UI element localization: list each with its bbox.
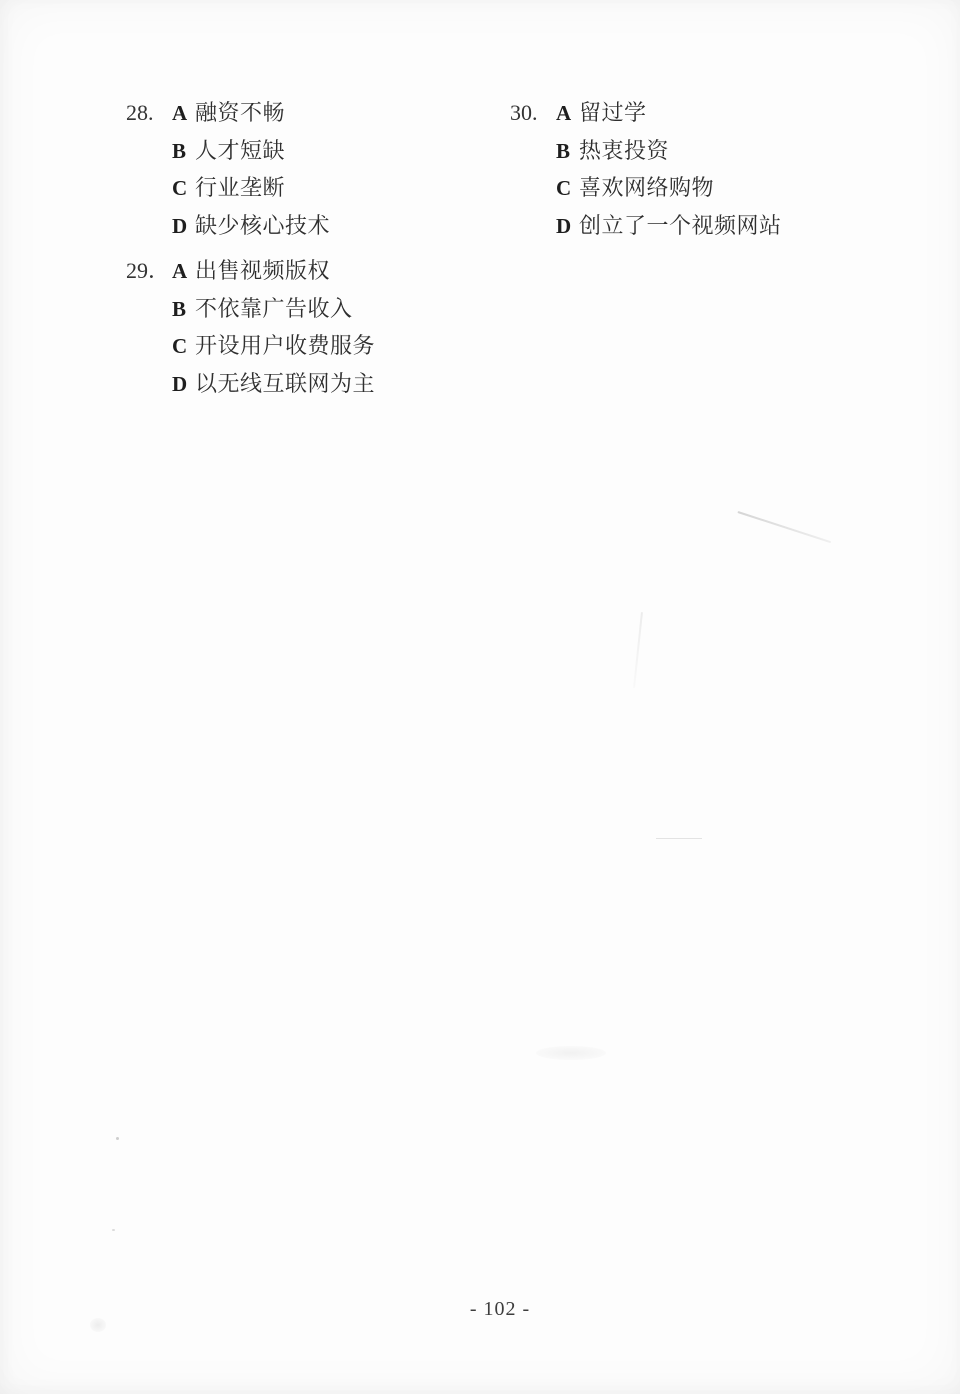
option-letter: B: [172, 133, 195, 171]
option-text: 缺少核心技术: [195, 207, 330, 245]
question-30: 30. A 留过学 B 热衷投资 C 喜欢网络购物 D 创立了一个视频网站: [510, 94, 782, 244]
option-text: 留过学: [579, 94, 647, 132]
option-row-29d: D 以无线互联网为主: [126, 365, 375, 403]
option-letter: C: [556, 170, 579, 208]
option-text: 热衷投资: [579, 132, 669, 170]
option-text: 行业垄断: [195, 169, 285, 207]
option-row-30c: C 喜欢网络购物: [510, 169, 782, 207]
option-text: 融资不畅: [195, 94, 285, 132]
option-letter: C: [172, 170, 195, 208]
scan-speck: [116, 1137, 119, 1140]
question-number: 30.: [510, 94, 556, 132]
option-row-29c: C 开设用户收费服务: [126, 327, 375, 365]
option-text: 出售视频版权: [195, 252, 330, 290]
option-letter: A: [556, 95, 579, 133]
option-letter: A: [172, 95, 195, 133]
option-row-28a: 28. A 融资不畅: [126, 94, 330, 132]
option-row-30d: D 创立了一个视频网站: [510, 207, 782, 245]
option-letter: A: [172, 253, 195, 291]
option-text: 以无线互联网为主: [195, 365, 375, 403]
option-row-28b: B 人才短缺: [126, 132, 330, 170]
option-letter: D: [172, 366, 195, 404]
option-row-30b: B 热衷投资: [510, 132, 782, 170]
option-text: 喜欢网络购物: [579, 169, 714, 207]
option-letter: D: [556, 208, 579, 246]
scan-scratch-vertical: [633, 612, 643, 688]
option-letter: C: [172, 328, 195, 366]
option-row-28c: C 行业垄断: [126, 169, 330, 207]
scan-scratch-diagonal: [737, 511, 831, 543]
scan-scratch-horizontal: [656, 838, 702, 839]
option-letter: B: [556, 133, 579, 171]
option-text: 不依靠广告收入: [195, 290, 353, 328]
option-row-30a: 30. A 留过学: [510, 94, 782, 132]
option-letter: B: [172, 291, 195, 329]
option-text: 创立了一个视频网站: [579, 207, 782, 245]
question-28: 28. A 融资不畅 B 人才短缺 C 行业垄断 D 缺少核心技术: [126, 94, 330, 244]
option-text: 开设用户收费服务: [195, 327, 375, 365]
page-number: - 102 -: [40, 1295, 960, 1323]
scan-speck: [112, 1229, 115, 1231]
option-row-28d: D 缺少核心技术: [126, 207, 330, 245]
scan-smudge: [536, 1046, 606, 1060]
question-29: 29． A 出售视频版权 B 不依靠广告收入 C 开设用户收费服务 D 以无线互…: [126, 252, 375, 402]
question-number: 28.: [126, 94, 172, 132]
option-row-29a: 29． A 出售视频版权: [126, 252, 375, 290]
option-row-29b: B 不依靠广告收入: [126, 290, 375, 328]
option-letter: D: [172, 208, 195, 246]
option-text: 人才短缺: [195, 132, 285, 170]
question-number: 29．: [126, 252, 172, 290]
